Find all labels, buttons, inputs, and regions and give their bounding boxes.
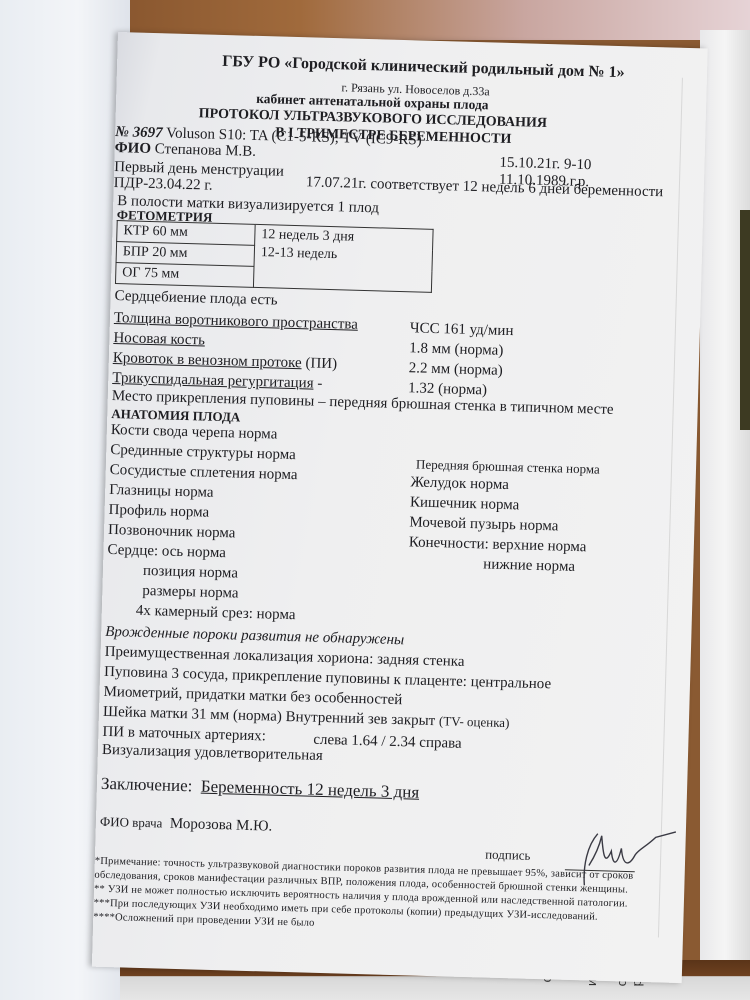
fio-label: ФИО [115,140,152,157]
doctor-name: Морозова М.Ю. [170,816,273,835]
conclusion-label: Заключение: [101,774,193,796]
institution-name: ГБУ РО «Городской клинический родильный … [222,53,625,82]
heart-rate: ЧСС 161 уд/мин [410,320,514,340]
anatomy-item: Желудок норма [410,474,509,494]
nasal-bone-value: 2.2 мм (норма) [408,360,503,380]
conclusion-line: Заключение: Беременность 12 недель 3 дня [101,774,420,803]
lmp-value: 17.07.21г. соответствует 12 недель 6 дне… [306,174,664,201]
anatomy-item: Профиль норма [108,502,209,522]
pdr-value: ПДР-23.04.22 г. [114,175,213,194]
uterine-artery-value: слева 1.64 / 2.34 справа [313,732,462,753]
pdr-line: ПДР-23.04.22 г. [114,175,213,195]
footnote: ****Осложнений при проведении УЗИ не был… [93,912,315,929]
fetometry-ac: ОГ 75 мм [115,263,254,288]
fetometry-result-2: 12-13 недель [261,244,426,267]
visualization: Визуализация удовлетворительная [102,742,323,765]
signature-label: подпись [485,847,531,864]
anatomy-item: позиция норма [143,563,238,583]
heartbeat: Сердцебиение плода есть [114,288,277,310]
doctor-line: ФИО врача Морозова М.Ю. [100,814,273,836]
anatomy-item: Глазницы норма [109,482,214,502]
anatomy-item: Конечности: верхние норма [409,534,587,556]
patient-name-line: ФИО Степанова М.В. [115,140,257,161]
anatomy-item: Кости свода черепа норма [111,422,278,444]
fetometry-result: 12 недель 3 дня 12-13 недель [253,224,433,292]
uterine-artery-label: ПИ в маточных артериях: [102,724,266,745]
doctor-label: ФИО врача [100,814,163,831]
fetometry-table: КТР 60 мм 12 недель 3 дня 12-13 недель Б… [115,220,434,293]
background-object [740,210,750,430]
anatomy-item: Сосудистые сплетения норма [110,462,298,484]
anatomy-item: Кишечник норма [410,494,520,514]
sheet-border [658,78,683,938]
anatomy-item: Срединные структуры норма [110,442,296,464]
nt-value: 1.8 мм (норма) [409,340,504,360]
cervix-note: (TV- оценка) [439,713,510,730]
ductus-venosus-label: Кровоток в венозном протоке [113,350,302,371]
nasal-bone-label: Носовая кость [113,330,205,350]
protocol-number: № 3697 [115,124,163,141]
anatomy-item: нижние норма [483,556,575,576]
patient-name: Степанова М.В. [154,141,256,160]
anatomy-item: Мочевой пузырь норма [409,514,558,535]
ductus-venosus-suffix: (ПИ) [305,355,337,372]
paper-stack-edge [700,30,750,1000]
conclusion-value: Беременность 12 недель 3 дня [201,777,420,802]
anatomy-item: размеры норма [142,583,239,603]
tricuspid-value: - [317,376,322,392]
anatomy-item: Сердце: ось норма [107,542,226,562]
ultrasound-protocol-sheet: ГБУ РО «Городской клинический родильный … [92,32,708,983]
anatomy-item: 4х камерный срез: норма [136,603,296,624]
ductus-venosus-line: Кровоток в венозном протоке (ПИ) [113,350,338,373]
anatomy-item: Позвоночник норма [108,522,236,543]
